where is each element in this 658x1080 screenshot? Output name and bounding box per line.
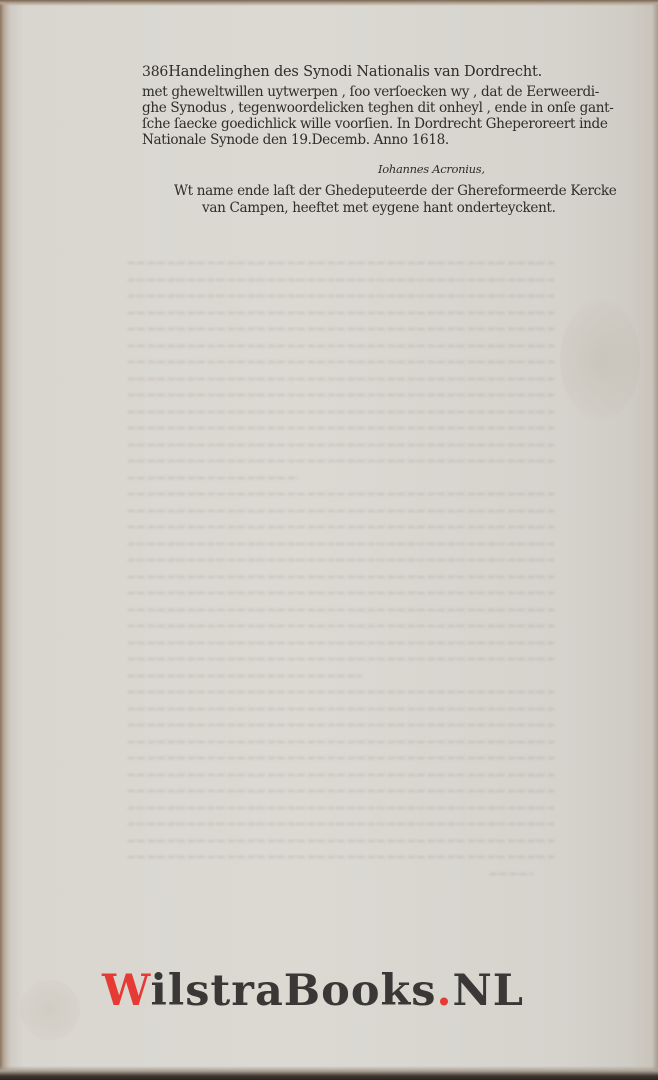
paper-stain [20, 980, 80, 1040]
watermark-dot: . [437, 966, 453, 1016]
paper-stain [560, 300, 640, 420]
running-head: 386 Handelinghen des Synodi Nationalis v… [142, 62, 542, 84]
watermark-suffix: NL [453, 966, 525, 1016]
signer-name: Iohannes Acronius, [142, 160, 542, 178]
body-line: ghe Synodus , tegenwoordelicken teghen d… [142, 100, 540, 116]
page-bottom-edge [0, 1066, 658, 1080]
show-through-text [128, 262, 554, 889]
signature-line: Wt name ende laſt der Ghedeputeerde der … [174, 183, 542, 200]
watermark-initial: W [102, 966, 151, 1016]
body-line: Nationale Synode den 19.Decemb. Anno 161… [142, 132, 540, 148]
signature-statement: Wt name ende laſt der Ghedeputeerde der … [174, 183, 542, 217]
body-line: met gheweltwillen uytwerpen , ſoo verſoe… [142, 84, 540, 100]
page-number: 386 [142, 62, 168, 82]
wilstrabooks-watermark: WilstraBooks.NL [102, 966, 524, 1016]
page-top-edge [0, 0, 658, 6]
body-line: ſche ſaecke goedichlick wille voorſien. … [142, 116, 540, 132]
watermark-name: ilstraBooks [151, 966, 437, 1016]
signature-line: van Campen, heeftet met eygene hant onde… [174, 200, 542, 217]
printed-text-block: 386 Handelinghen des Synodi Nationalis v… [142, 62, 542, 217]
running-head-title: Handelinghen des Synodi Nationalis van D… [168, 62, 542, 82]
scanned-book-page: 386 Handelinghen des Synodi Nationalis v… [0, 0, 658, 1080]
